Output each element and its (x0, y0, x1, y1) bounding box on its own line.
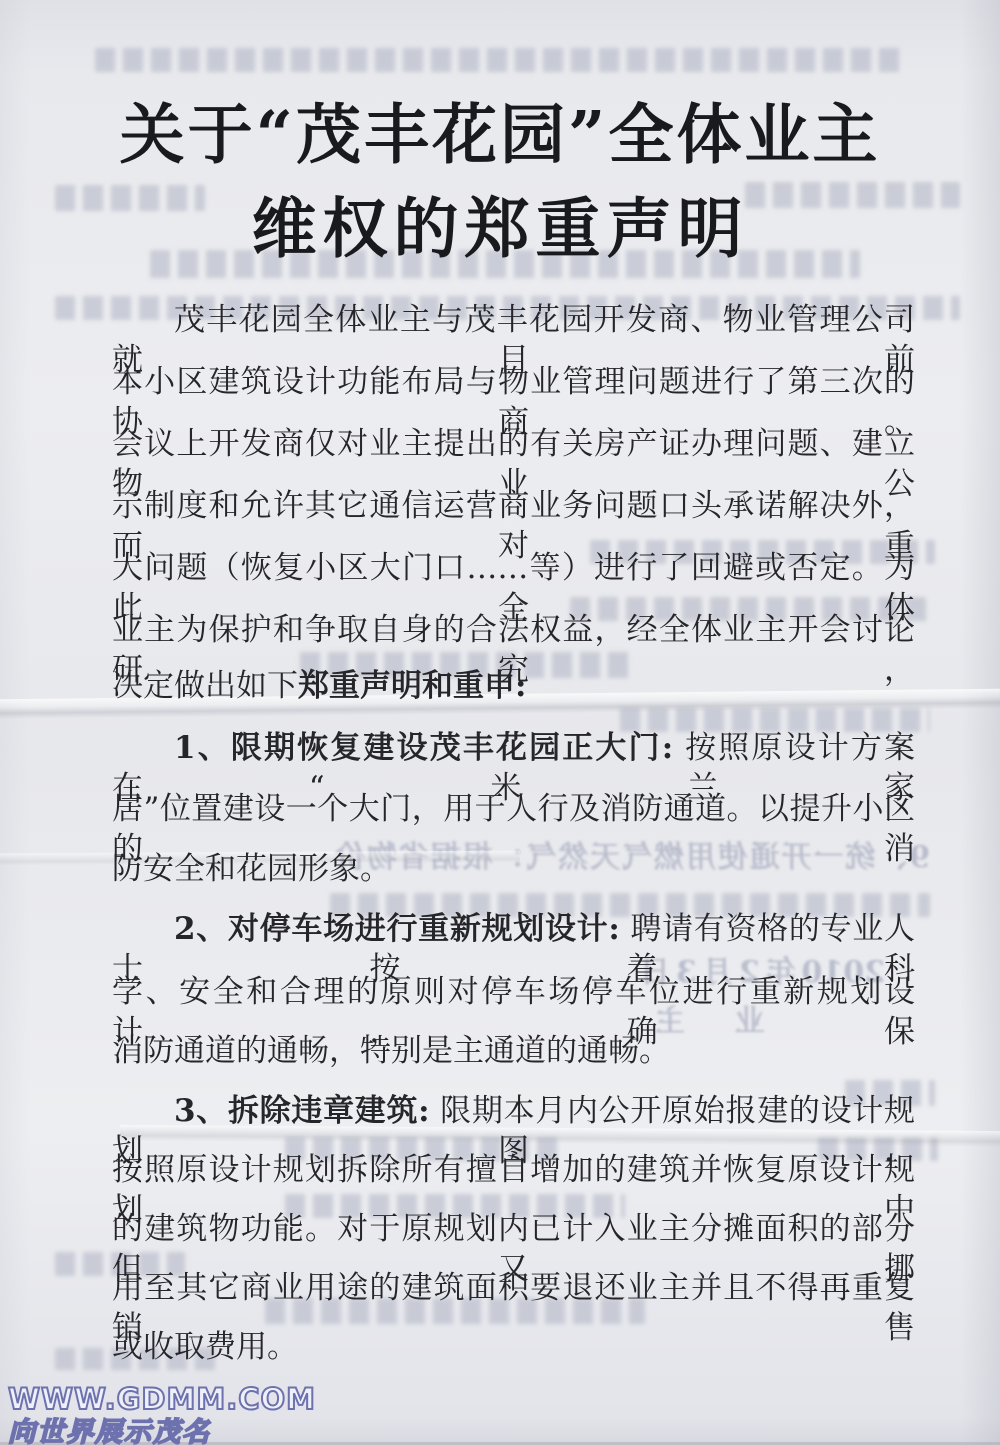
body-text: 决定做出如下 (112, 668, 298, 704)
emphasis-text: 1、限期恢复建设茂丰花园正大门: (174, 730, 673, 766)
body-text: 消防通道的通畅，特别是主通道的通畅。 (112, 1033, 670, 1069)
body-text: 防安全和花园形象。 (112, 851, 391, 887)
scanned-document-page: { "title": { "line1": "关于“茂丰花园”全体业主", "l… (0, 0, 1000, 1445)
text-line: 消防通道的通畅，特别是主通道的通畅。 (112, 1031, 915, 1071)
emphasis-text: 3、拆除违章建筑: (174, 1093, 430, 1129)
paper-background: 9、统一开通使用燃气天然气：根据省物价2010年2月3日业主 关于“茂丰花园”全… (0, 0, 1000, 1445)
emphasis-text: 郑重声明和重申: (298, 668, 526, 704)
text-line: 决定做出如下郑重声明和重申: (112, 666, 915, 706)
watermark-slogan: 向世界展示茂名 (8, 1410, 211, 1445)
emphasis-text: 2、对停车场进行重新规划设计: (174, 911, 620, 947)
text-line: 或收取费用。 (112, 1327, 915, 1367)
text-line: 防安全和花园形象。 (112, 849, 915, 889)
body-text: 或收取费用。 (112, 1329, 298, 1365)
document-body: 茂丰花园全体业主与茂丰花园开发商、物业管理公司就目前本小区建筑设计功能布局与物业… (0, 0, 1000, 1445)
